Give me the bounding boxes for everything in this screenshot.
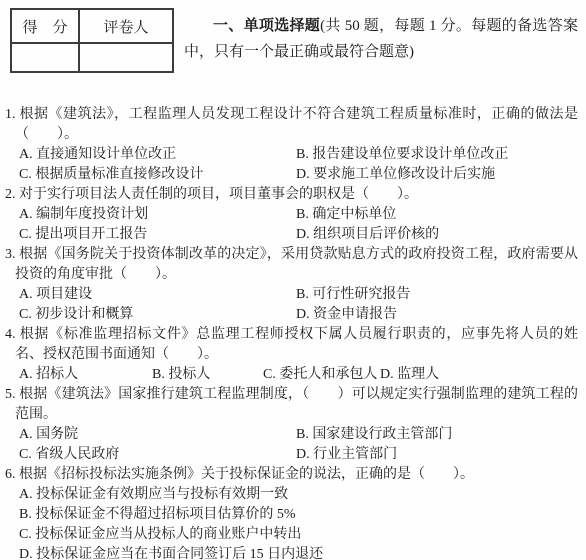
option-text: 投标人 [168,367,210,382]
question-body: 根据《建筑法》国家推行建筑工程监理制度，（ ）可以规定实行强制监理的建筑工程的范… [15,387,578,422]
option: A. 招标人 [19,365,152,385]
option-label: A. [19,147,33,162]
option: B. 投标人 [152,365,263,385]
option-label: A. [19,367,33,382]
option: B. 国家建设行政主管部门 [296,425,578,445]
options: A. 投标保证金有效期应当与投标有效期一致 B. 投标保证金不得超过招标项目估算… [0,485,578,560]
option: C. 投标保证金应当从投标人的商业账户中转出 [0,525,578,545]
option-text: 省级人民政府 [35,447,119,462]
option: D. 组织项目后评价核的 [296,225,578,245]
question-3: 3. 根据《国务院关于投资体制改革的决定》，采用贷款贴息方式的政府投资工程，政府… [0,245,578,325]
option-text: 组织项目后评价核的 [313,227,439,242]
option-label: D. [296,447,310,462]
option: A. 投标保证金有效期应当与投标有效期一致 [0,485,578,505]
question-text-line: 4. 根据《标准监理招标文件》总监理工程师授权下属人员履行职责的，应事先将人员的… [0,325,578,365]
option-text: 可行性研究报告 [312,287,410,302]
question-number: 5. [5,387,16,402]
option: B. 投标保证金不得超过招标项目估算价的 5% [0,505,578,525]
option-label: B. [152,367,165,382]
option-text: 要求施工单位修改设计后实施 [313,167,495,182]
question-number: 6. [5,467,16,482]
grader-label: 评卷人 [79,9,173,43]
option-label: D. [19,547,33,560]
option: D. 投标保证金应当在书面合同签订后 15 日内退还 [0,545,578,560]
option-text: 投标保证金有效期应当与投标有效期一致 [36,487,288,502]
option: A. 直接通知设计单位改正 [19,145,296,165]
score-label: 得 分 [11,9,79,43]
option-text: 招标人 [36,367,78,382]
option-label: A. [19,287,33,302]
option-text: 国家建设行政主管部门 [312,427,452,442]
options: A. 国务院 B. 国家建设行政主管部门 C. 省级人民政府 D. 行业主管部门 [0,425,578,465]
option: C. 根据质量标准直接修改设计 [19,165,296,185]
option-text: 根据质量标准直接修改设计 [35,167,203,182]
option-text: 投标保证金应当在书面合同签订后 15 日内退还 [36,547,323,560]
question-number: 2. [5,187,16,202]
option-text: 资金申请报告 [313,307,397,322]
option-label: D. [380,367,394,382]
option: A. 项目建设 [19,285,296,305]
question-body: 根据《国务院关于投资体制改革的决定》，采用贷款贴息方式的政府投资工程，政府需要从… [15,247,578,282]
option-text: 行业主管部门 [313,447,397,462]
option-label: C. [19,167,32,182]
question-list: 1. 根据《建筑法》，工程监理人员发现工程设计不符合建筑工程质量标准时，正确的做… [0,105,586,560]
question-5: 5. 根据《建筑法》国家推行建筑工程监理制度，（ ）可以规定实行强制监理的建筑工… [0,385,578,465]
question-text-line: 6. 根据《招标投标法实施条例》关于投标保证金的说法，正确的是（ ）。 [0,465,578,485]
option-text: 委托人和承包人 [279,367,377,382]
option-text: 投标保证金应当从投标人的商业账户中转出 [35,527,301,542]
question-text-line: 3. 根据《国务院关于投资体制改革的决定》，采用贷款贴息方式的政府投资工程，政府… [0,245,578,285]
option: D. 行业主管部门 [296,445,578,465]
option-text: 确定中标单位 [312,207,396,222]
options: A. 编制年度投资计划 B. 确定中标单位 C. 提出项目开工报告 D. 组织项… [0,205,578,245]
grader-value-cell [79,43,173,72]
options: A. 直接通知设计单位改正 B. 报告建设单位要求设计单位改正 C. 根据质量标… [0,145,578,185]
question-text-line: 5. 根据《建筑法》国家推行建筑工程监理制度，（ ）可以规定实行强制监理的建筑工… [0,385,578,425]
question-text-line: 1. 根据《建筑法》，工程监理人员发现工程设计不符合建筑工程质量标准时，正确的做… [0,105,578,145]
option-label: C. [19,307,32,322]
option-text: 编制年度投资计划 [36,207,148,222]
option: D. 监理人 [380,365,578,385]
option: C. 初步设计和概算 [19,305,296,325]
option-label: C. [19,527,32,542]
option-text: 报告建设单位要求设计单位改正 [312,147,508,162]
option-label: A. [19,207,33,222]
option-label: D. [296,167,310,182]
options: A. 项目建设 B. 可行性研究报告 C. 初步设计和概算 D. 资金申请报告 [0,285,578,325]
question-number: 4. [5,327,16,342]
option-label: A. [19,427,33,442]
option: A. 国务院 [19,425,296,445]
section-title: 一、单项选择题 [213,18,320,34]
option-text: 直接通知设计单位改正 [36,147,176,162]
score-value-cell [11,43,79,72]
question-body: 根据《建筑法》，工程监理人员发现工程设计不符合建筑工程质量标准时，正确的做法是（… [15,107,578,142]
section-intro: 一、单项选择题(共 50 题，每题 1 分。每题的备选答案中，只有一个最正确或最… [184,0,578,65]
option-label: B. [19,507,32,522]
option: B. 确定中标单位 [296,205,578,225]
option-label: B. [296,287,309,302]
option: C. 提出项目开工报告 [19,225,296,245]
options: A. 招标人 B. 投标人 C. 委托人和承包人 D. 监理人 [0,365,578,385]
option: D. 资金申请报告 [296,305,578,325]
option-label: B. [296,207,309,222]
option: A. 编制年度投资计划 [19,205,296,225]
option-text: 投标保证金不得超过招标项目估算价的 5% [35,507,295,522]
question-number: 1. [5,107,16,122]
question-body: 根据《招标投标法实施条例》关于投标保证金的说法，正确的是（ ）。 [19,467,474,482]
option-text: 项目建设 [36,287,92,302]
exam-page: { "page": { "background": "#fefefe", "te… [0,0,586,560]
question-4: 4. 根据《标准监理招标文件》总监理工程师授权下属人员履行职责的，应事先将人员的… [0,325,578,385]
option-label: B. [296,427,309,442]
question-body: 根据《标准监理招标文件》总监理工程师授权下属人员履行职责的，应事先将人员的姓名、… [15,327,578,362]
option-label: D. [296,227,310,242]
option: D. 要求施工单位修改设计后实施 [296,165,578,185]
question-body: 对于实行项目法人责任制的项目，项目董事会的职权是（ ）。 [19,187,418,202]
option-label: C. [19,227,32,242]
option-text: 监理人 [397,367,439,382]
option-label: D. [296,307,310,322]
option-label: C. [19,447,32,462]
option-text: 国务院 [36,427,78,442]
option-text: 初步设计和概算 [35,307,133,322]
score-grader-table: 得 分 评卷人 [10,8,174,73]
option: B. 可行性研究报告 [296,285,578,305]
option: C. 省级人民政府 [19,445,296,465]
option-text: 提出项目开工报告 [35,227,147,242]
option: C. 委托人和承包人 [263,365,380,385]
question-6: 6. 根据《招标投标法实施条例》关于投标保证金的说法，正确的是（ ）。 A. 投… [0,465,578,560]
option: B. 报告建设单位要求设计单位改正 [296,145,578,165]
question-number: 3. [5,247,16,262]
option-label: C. [263,367,276,382]
question-2: 2. 对于实行项目法人责任制的项目，项目董事会的职权是（ ）。 A. 编制年度投… [0,185,578,245]
question-text-line: 2. 对于实行项目法人责任制的项目，项目董事会的职权是（ ）。 [0,185,578,205]
question-1: 1. 根据《建筑法》，工程监理人员发现工程设计不符合建筑工程质量标准时，正确的做… [0,105,578,185]
option-label: A. [19,487,33,502]
option-label: B. [296,147,309,162]
